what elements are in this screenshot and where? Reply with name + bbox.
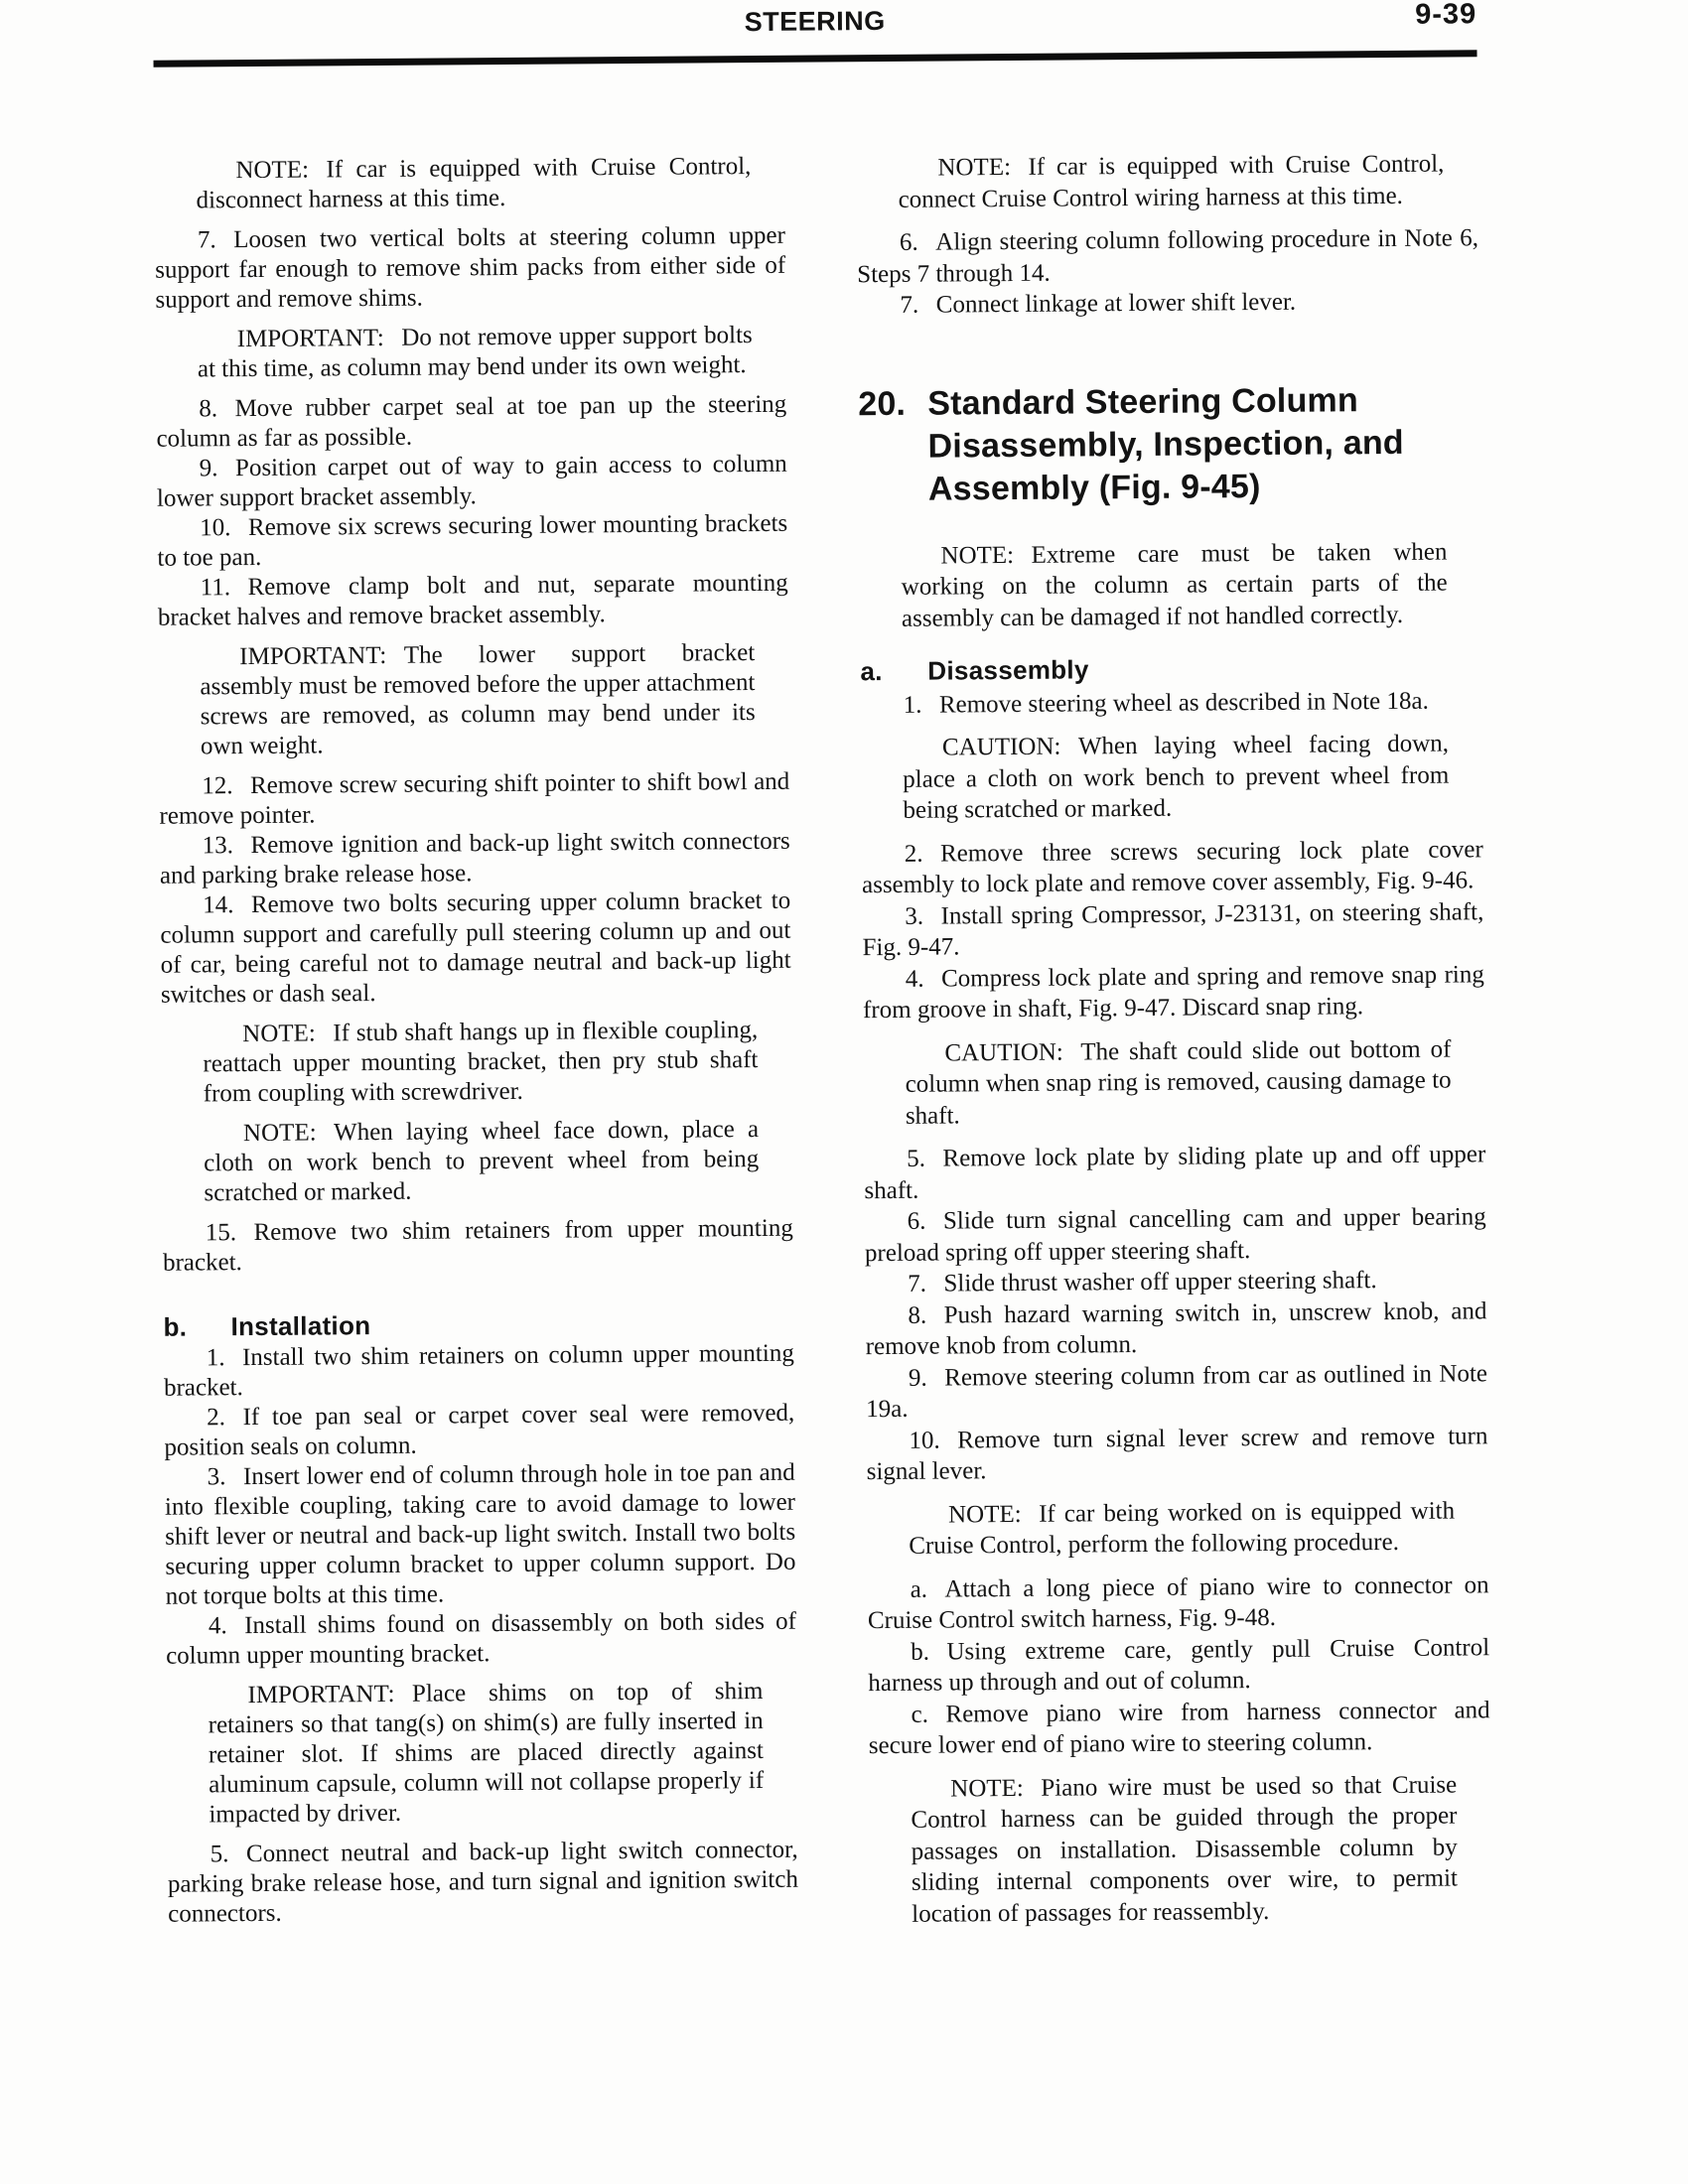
important-block: IMPORTANT: The lower support bracket ass… (200, 638, 756, 761)
subheading-label: Installation (230, 1310, 370, 1341)
list-item-7: 7. Slide thrust washer off upper steerin… (865, 1264, 1486, 1299)
note-block: NOTE: If stub shaft hangs up in flexible… (203, 1016, 759, 1109)
list-item-9: 9. Position carpet out of way to gain ac… (157, 450, 787, 514)
list-item-8: 8. Push hazard warning switch in, unscre… (865, 1296, 1486, 1363)
list-item-1: 1. Install two shim retainers on column … (164, 1339, 794, 1404)
list-item-1: 1. Remove steering wheel as described in… (861, 685, 1482, 721)
list-item-13: 13. Remove ignition and back-up light sw… (160, 827, 790, 891)
section-title: STEERING (153, 1, 1477, 42)
list-item-11: 11. Remove clamp bolt and nut, separate … (158, 569, 788, 633)
note-block: NOTE: If car being worked on is equipped… (909, 1495, 1455, 1562)
list-item-14: 14. Remove two bolts securing upper colu… (160, 887, 791, 1011)
list-item-7: 7. Connect linkage at lower shift lever. (857, 285, 1478, 321)
subheading-installation: b.Installation (163, 1307, 793, 1342)
important-block: IMPORTANT: Do not remove upper support b… (198, 321, 753, 384)
list-item-5: 5. Connect neutral and back-up light swi… (168, 1836, 799, 1930)
list-item-8: 8. Move rubber carpet seal at toe pan up… (156, 390, 786, 455)
subheading-label: Disassembly (927, 654, 1089, 685)
list-item-a: a. Attach a long piece of piano wire to … (868, 1570, 1489, 1637)
section-heading-number: 20. (858, 382, 928, 511)
list-item-2: 2. Remove three screws securing lock pla… (862, 834, 1483, 901)
list-item-2: 2. If toe pan seal or carpet cover seal … (164, 1399, 794, 1463)
subheading-letter: b. (163, 1311, 230, 1342)
list-item-9: 9. Remove steering column from car as ou… (866, 1358, 1487, 1426)
note-block: NOTE: Piano wire must be used so that Cr… (911, 1769, 1458, 1930)
section-heading: 20.Standard Steering ColumnDisassembly, … (858, 378, 1480, 511)
list-item-12: 12. Remove screw securing shift pointer … (159, 767, 789, 832)
list-item-10: 10. Remove turn signal lever screw and r… (866, 1421, 1487, 1488)
list-item-3: 3. Install spring Compressor, J-23131, o… (862, 896, 1483, 964)
note-block: NOTE: Extreme care must be taken when wo… (901, 536, 1448, 634)
note-block: NOTE: If car is equipped with Cruise Con… (898, 149, 1444, 215)
left-column: NOTE: If car is equipped with Cruise Con… (154, 142, 798, 1948)
header-rule (154, 50, 1477, 67)
note-block: NOTE: If car is equipped with Cruise Con… (196, 152, 751, 215)
caution-block: CAUTION: The shaft could slide out botto… (905, 1033, 1452, 1132)
manual-page: STEERING 9-39 NOTE: If car is equipped w… (0, 0, 1688, 2184)
subheading-disassembly: a.Disassembly (860, 651, 1481, 687)
note-block: NOTE: When laying wheel face down, place… (204, 1115, 760, 1208)
subheading-letter: a. (860, 656, 927, 688)
page-number: 9-39 (1415, 0, 1477, 32)
list-item-6: 6. Align steering column following proce… (857, 222, 1478, 290)
list-item-5: 5. Remove lock plate by sliding plate up… (864, 1139, 1485, 1206)
list-item-c: c. Remove piano wire from harness connec… (869, 1695, 1490, 1762)
list-item-b: b. Using extreme care, gently pull Cruis… (868, 1632, 1489, 1700)
right-column: NOTE: If car is equipped with Cruise Con… (856, 136, 1491, 1942)
two-column-text: NOTE: If car is equipped with Cruise Con… (154, 136, 1491, 1947)
caution-block: CAUTION: When laying wheel facing down, … (903, 729, 1450, 827)
list-item-10: 10. Remove six screws securing lower mou… (157, 509, 787, 574)
scanned-content: STEERING 9-39 NOTE: If car is equipped w… (153, 0, 1491, 1948)
section-heading-text: Standard Steering ColumnDisassembly, Ins… (927, 378, 1480, 510)
list-item-3: 3. Insert lower end of column through ho… (165, 1458, 796, 1612)
list-item-6: 6. Slide turn signal cancelling cam and … (865, 1201, 1486, 1269)
list-item-4: 4. Install shims found on disassembly on… (166, 1607, 796, 1672)
list-item-4: 4. Compress lock plate and spring and re… (863, 959, 1484, 1026)
list-item-7: 7. Loosen two vertical bolts at steering… (155, 221, 786, 316)
page-header: STEERING 9-39 (153, 1, 1477, 53)
list-item-15: 15. Remove two shim retainers from upper… (163, 1214, 793, 1279)
important-block: IMPORTANT: Place shims on top of shim re… (208, 1677, 764, 1830)
